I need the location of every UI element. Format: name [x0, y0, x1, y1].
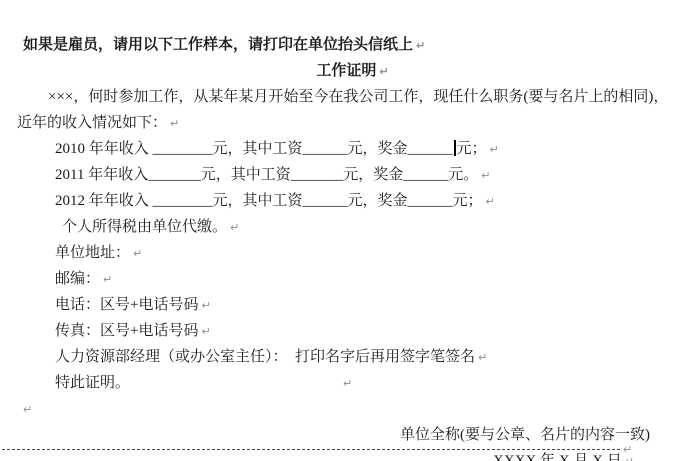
fax-text: 传真：区号+电话号码 [55, 323, 198, 339]
income-2010-after-caret: 元； [457, 141, 487, 157]
paragraph-mark: ↵ [343, 377, 352, 390]
text-caret [454, 140, 456, 156]
paragraph-mark: ↵ [625, 455, 634, 461]
header-note-text: 如果是雇员，请用以下工作样本，请打印在单位抬头信纸上 [23, 37, 413, 53]
postcode-text: 邮编： [55, 271, 100, 287]
paragraph-mark: ↵ [103, 273, 112, 286]
doc-title: 工作证明 [316, 63, 376, 79]
certify-text: 特此证明。 [55, 375, 130, 391]
page-divider [2, 449, 620, 450]
paragraph-mark: ↵ [379, 65, 388, 78]
date-text: XXXX 年 X 月 X 日 [493, 453, 622, 461]
paragraph-mark: ↵ [623, 443, 632, 456]
income-2010-before-caret: 2010 年年收入 ________元，其中工资______元，奖金______ [55, 141, 453, 157]
intro-text-1: ×××，何时参加工作，从某年某月开始至今在我公司工作，现任什么职务(要与名片上的… [48, 89, 668, 105]
paragraph-mark: ↵ [170, 117, 179, 130]
tax-text: 个人所得税由单位代缴。 [62, 219, 227, 235]
company-name-line[interactable]: 单位全称(要与公章、名片的内容一致) [0, 396, 690, 422]
paragraph-mark: ↵ [486, 195, 495, 208]
paragraph-mark: ↵ [133, 247, 142, 260]
paragraph-mark: ↵ [201, 299, 210, 312]
address-text: 单位地址： [55, 245, 130, 261]
paragraph-mark: ↵ [23, 403, 32, 416]
intro-text-2: 近年的收入情况如下： [17, 115, 167, 131]
company-name-text: 单位全称(要与公章、名片的内容一致) [400, 427, 650, 443]
paragraph-mark: ↵ [416, 39, 425, 52]
document-page: 如果是雇员，请用以下工作样本，请打印在单位抬头信纸上↵ 工作证明↵ ×××，何时… [0, 0, 690, 461]
hr-manager-text: 人力资源部经理（或办公室主任）： 打印名字后再用签字笔签名 [55, 349, 475, 365]
paragraph-mark: ↵ [230, 221, 239, 234]
paragraph-mark: ↵ [490, 143, 499, 156]
income-2011-text: 2011 年年收入_______元，其中工资_______元，奖金______元… [55, 167, 478, 183]
paragraph-mark: ↵ [478, 351, 487, 364]
income-2012-text: 2012 年年收入 ________元，其中工资______元，奖金______… [55, 193, 483, 209]
phone-text: 电话：区号+电话号码 [55, 297, 198, 313]
paragraph-mark: ↵ [481, 169, 490, 182]
header-note-line[interactable]: 如果是雇员，请用以下工作样本，请打印在单位抬头信纸上↵ [0, 6, 690, 32]
paragraph-mark: ↵ [201, 325, 210, 338]
